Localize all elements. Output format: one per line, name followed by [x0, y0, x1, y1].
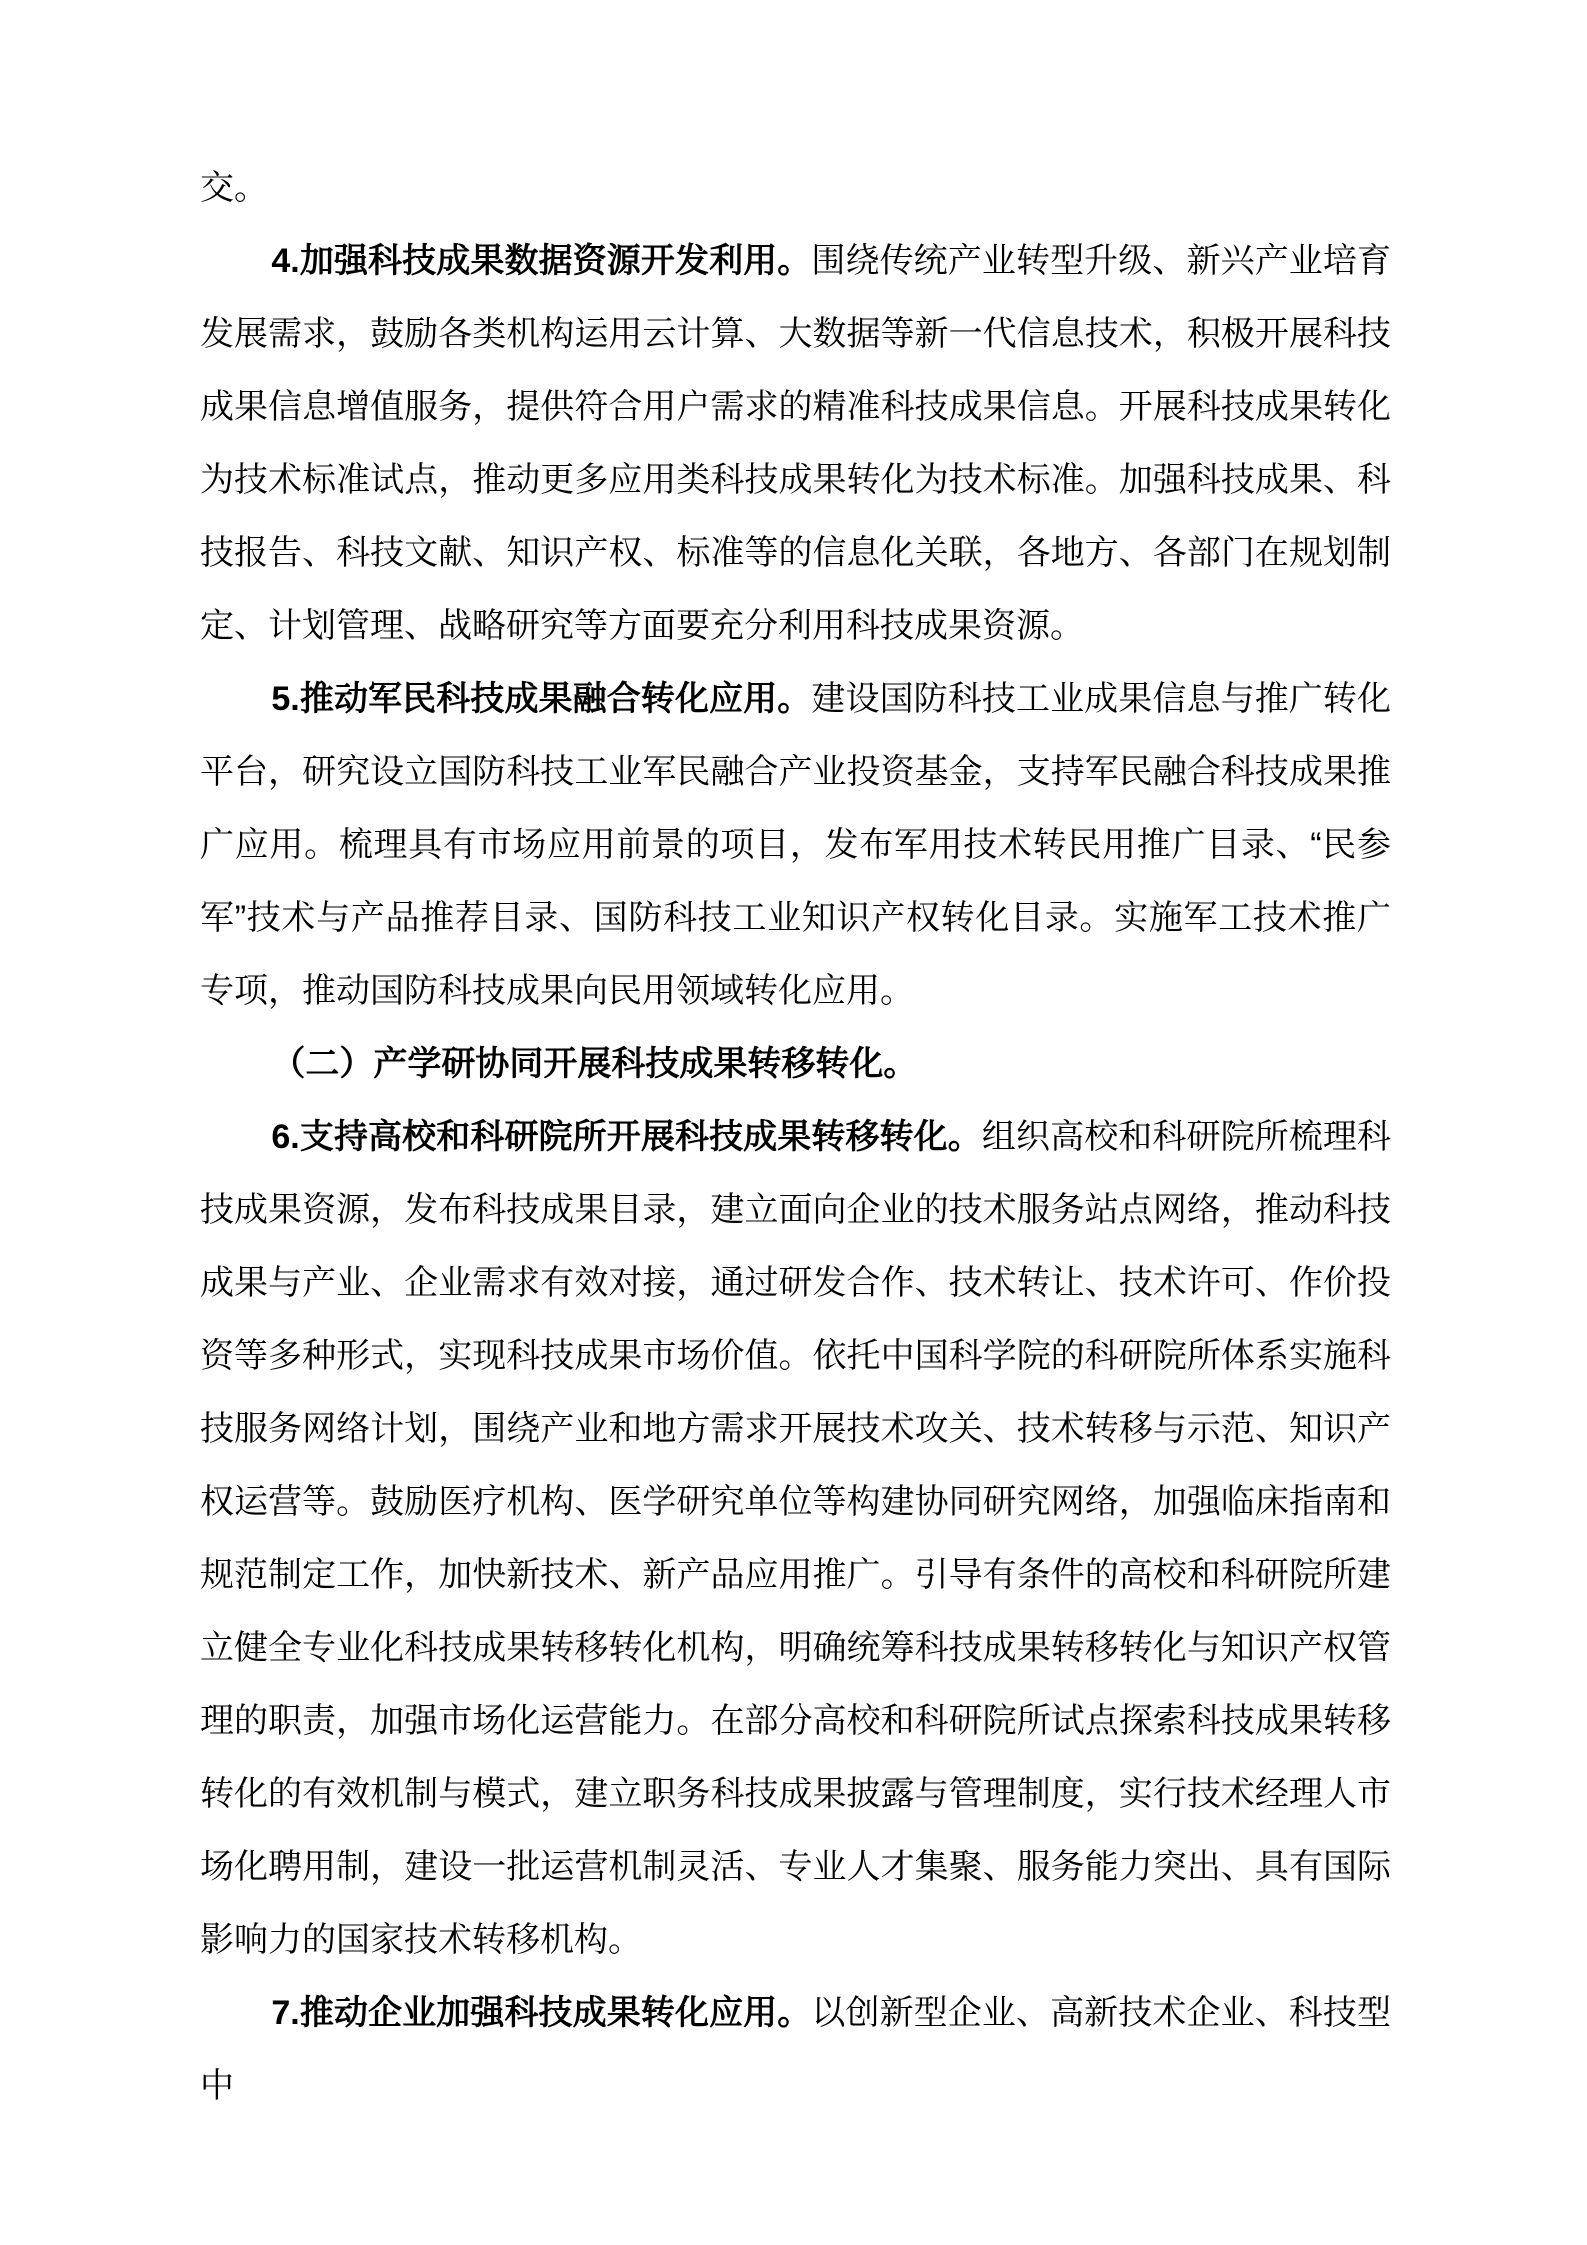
- paragraph-continuation: 交。: [200, 152, 1391, 225]
- paragraph-lead: 7.推动企业加强科技成果转化应用。: [271, 1994, 811, 2032]
- paragraph-lead: 5.推动军民科技成果融合转化应用。: [271, 680, 811, 718]
- paragraph-lead: 6.支持高校和科研院所开展科技成果转移转化。: [271, 1118, 982, 1156]
- paragraph-item-4: 4.加强科技成果数据资源开发利用。围绕传统产业转型升级、新兴产业培育发展需求，鼓…: [200, 225, 1391, 663]
- paragraph-text: 组织高校和科研院所梳理科技成果资源，发布科技成果目录，建立面向企业的技术服务站点…: [200, 1118, 1391, 1959]
- document-text-block: 交。 4.加强科技成果数据资源开发利用。围绕传统产业转型升级、新兴产业培育发展需…: [200, 152, 1391, 2123]
- paragraph-item-6: 6.支持高校和科研院所开展科技成果转移转化。组织高校和科研院所梳理科技成果资源，…: [200, 1101, 1391, 1977]
- paragraph-text: 围绕传统产业转型升级、新兴产业培育发展需求，鼓励各类机构运用云计算、大数据等新一…: [200, 242, 1391, 645]
- section-heading: （二）产学研协同开展科技成果转移转化。: [200, 1028, 1391, 1101]
- document-page: 交。 4.加强科技成果数据资源开发利用。围绕传统产业转型升级、新兴产业培育发展需…: [0, 0, 1587, 2245]
- paragraph-item-5: 5.推动军民科技成果融合转化应用。建设国防科技工业成果信息与推广转化平台，研究设…: [200, 663, 1391, 1028]
- paragraph-text: 建设国防科技工业成果信息与推广转化平台，研究设立国防科技工业军民融合产业投资基金…: [200, 680, 1391, 1010]
- paragraph-lead: 4.加强科技成果数据资源开发利用。: [271, 242, 811, 280]
- section-heading-text: （二）产学研协同开展科技成果转移转化。: [271, 1045, 917, 1083]
- paragraph-item-7: 7.推动企业加强科技成果转化应用。以创新型企业、高新技术企业、科技型中: [200, 1977, 1391, 2123]
- paragraph-text: 交。: [200, 169, 268, 207]
